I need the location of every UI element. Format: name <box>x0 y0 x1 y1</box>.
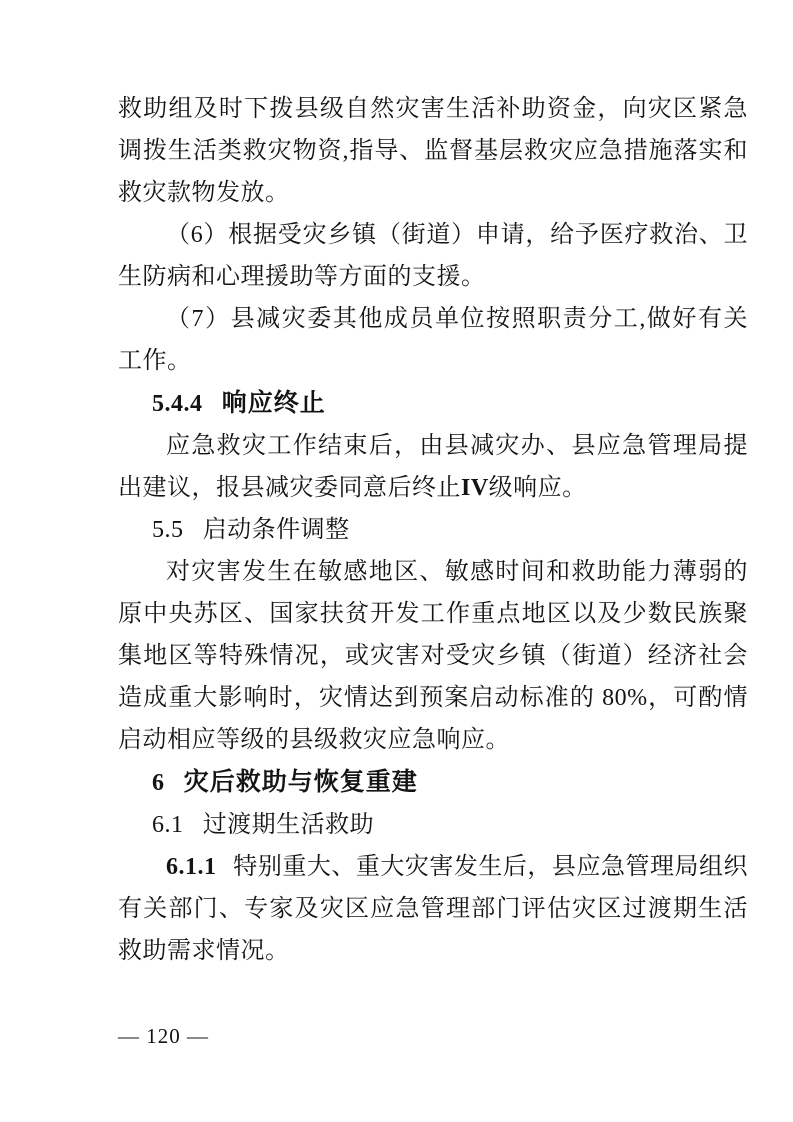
heading-5-4-4-title: 响应终止 <box>222 389 326 417</box>
termination-text-post: 级响应。 <box>489 475 587 501</box>
heading-6-number: 6 <box>152 770 165 796</box>
paragraph-start-condition-adjustment: 对灾害发生在敏感地区、敏感时间和救助能力薄弱的原中央苏区、国家扶贫开发工作重点地… <box>118 551 748 761</box>
heading-6: 6灾后救助与恢复重建 <box>118 761 748 804</box>
heading-5-4-4: 5.4.4响应终止 <box>118 382 748 425</box>
termination-response-level: IV <box>461 475 489 501</box>
heading-6-1-number: 6.1 <box>152 812 184 838</box>
paragraph-6-1-1-number: 6.1.1 <box>166 854 217 880</box>
heading-5-5: 5.5启动条件调整 <box>118 509 748 551</box>
heading-6-1: 6.1过渡期生活救助 <box>118 804 748 846</box>
heading-5-5-number: 5.5 <box>152 517 184 543</box>
paragraph-6-1-1: 6.1.1特别重大、重大灾害发生后，县应急管理局组织有关部门、专家及灾区应急管理… <box>118 846 748 972</box>
paragraph-response-termination: 应急救灾工作结束后，由县减灾办、县应急管理局提出建议，报县减灾委同意后终止IV级… <box>118 425 748 509</box>
heading-6-title: 灾后救助与恢复重建 <box>184 768 418 796</box>
document-body: 救助组及时下拨县级自然灾害生活补助资金，向灾区紧急调拨生活类救灾物资,指导、监督… <box>118 88 748 972</box>
document-page: 救助组及时下拨县级自然灾害生活补助资金，向灾区紧急调拨生活类救灾物资,指导、监督… <box>0 0 793 1122</box>
page-number: — 120 — <box>118 1022 209 1050</box>
termination-text-pre: 应急救灾工作结束后，由县减灾办、县应急管理局提出建议，报县减灾委同意后终止 <box>118 433 748 501</box>
paragraph-item-6: （6）根据受灾乡镇（街道）申请，给予医疗救治、卫生防病和心理援助等方面的支援。 <box>118 214 748 298</box>
heading-5-5-title: 启动条件调整 <box>203 517 350 543</box>
heading-5-4-4-number: 5.4.4 <box>152 391 203 417</box>
paragraph-item-7: （7）县减灾委其他成员单位按照职责分工,做好有关工作。 <box>118 298 748 382</box>
heading-6-1-title: 过渡期生活救助 <box>203 812 375 838</box>
paragraph-relief-funds: 救助组及时下拨县级自然灾害生活补助资金，向灾区紧急调拨生活类救灾物资,指导、监督… <box>118 88 748 214</box>
